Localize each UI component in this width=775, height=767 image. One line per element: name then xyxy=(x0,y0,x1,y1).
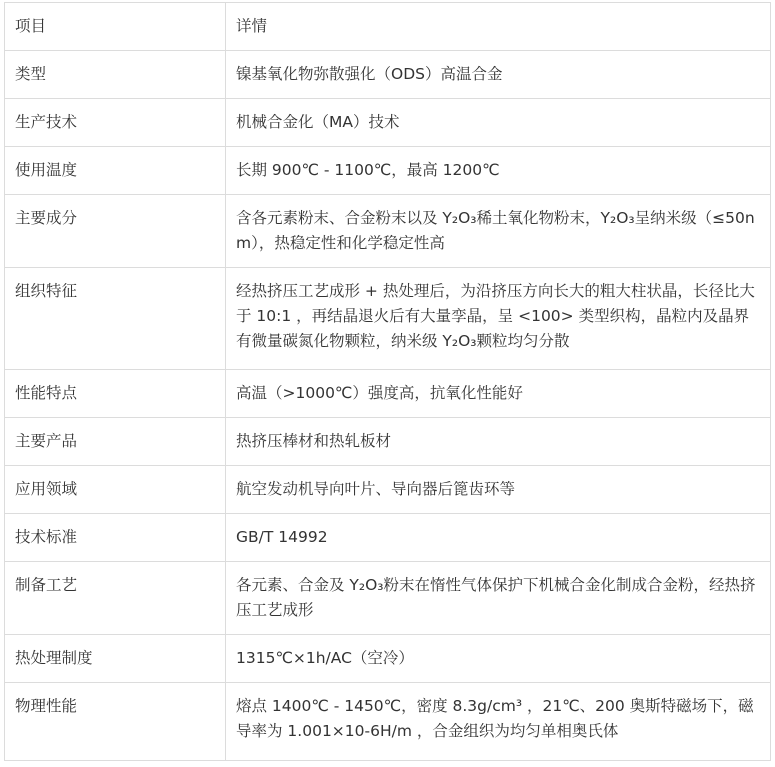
row-key-cell: 应用领域 xyxy=(5,466,226,514)
row-value-cell: 各元素、合金及 Y₂O₃粉末在惰性气体保护下机械合金化制成合金粉，经热挤压工艺成… xyxy=(226,562,771,635)
row-value-cell: 长期 900℃ - 1100℃，最高 1200℃ xyxy=(226,147,771,195)
row-value-cell: 热挤压棒材和热轧板材 xyxy=(226,418,771,466)
table-row-microstructure: 组织特征 经热挤压工艺成形 + 热处理后，为沿挤压方向长大的粗大柱状晶，长径比大… xyxy=(5,268,771,370)
row-value-cell: 机械合金化（MA）技术 xyxy=(226,99,771,147)
table-row-type: 类型 镍基氧化物弥散强化（ODS）高温合金 xyxy=(5,51,771,99)
row-key-cell: 主要产品 xyxy=(5,418,226,466)
row-value-cell: 航空发动机导向叶片、导向器后篦齿环等 xyxy=(226,466,771,514)
table-row-service-temperature: 使用温度 长期 900℃ - 1100℃，最高 1200℃ xyxy=(5,147,771,195)
row-value-cell: 含各元素粉末、合金粉末以及 Y₂O₃稀土氧化物粉末，Y₂O₃呈纳米级（≤50nm… xyxy=(226,195,771,268)
header-value-cell: 详情 xyxy=(226,3,771,51)
row-key-cell: 生产技术 xyxy=(5,99,226,147)
table-header-row: 项目 详情 xyxy=(5,3,771,51)
row-key-cell: 主要成分 xyxy=(5,195,226,268)
table-row-performance: 性能特点 高温（>1000℃）强度高，抗氧化性能好 xyxy=(5,370,771,418)
table-row-preparation-process: 制备工艺 各元素、合金及 Y₂O₃粉末在惰性气体保护下机械合金化制成合金粉，经热… xyxy=(5,562,771,635)
row-value-cell: 高温（>1000℃）强度高，抗氧化性能好 xyxy=(226,370,771,418)
row-key-cell: 性能特点 xyxy=(5,370,226,418)
row-key-cell: 组织特征 xyxy=(5,268,226,370)
row-value-cell: 1315℃×1h/AC（空冷） xyxy=(226,635,771,683)
alloy-spec-table: 项目 详情 类型 镍基氧化物弥散强化（ODS）高温合金 生产技术 机械合金化（M… xyxy=(4,2,771,761)
row-key-cell: 类型 xyxy=(5,51,226,99)
table-row-production-technology: 生产技术 机械合金化（MA）技术 xyxy=(5,99,771,147)
header-key-cell: 项目 xyxy=(5,3,226,51)
row-key-cell: 使用温度 xyxy=(5,147,226,195)
row-key-cell: 制备工艺 xyxy=(5,562,226,635)
row-key-cell: 物理性能 xyxy=(5,683,226,761)
table-row-main-composition: 主要成分 含各元素粉末、合金粉末以及 Y₂O₃稀土氧化物粉末，Y₂O₃呈纳米级（… xyxy=(5,195,771,268)
row-value-cell: 镍基氧化物弥散强化（ODS）高温合金 xyxy=(226,51,771,99)
row-value-cell: 熔点 1400℃ - 1450℃，密度 8.3g/cm³ ，21℃、200 奥斯… xyxy=(226,683,771,761)
table-row-technical-standard: 技术标准 GB/T 14992 xyxy=(5,514,771,562)
row-key-cell: 热处理制度 xyxy=(5,635,226,683)
row-value-cell: 经热挤压工艺成形 + 热处理后，为沿挤压方向长大的粗大柱状晶，长径比大于 10:… xyxy=(226,268,771,370)
row-key-cell: 技术标准 xyxy=(5,514,226,562)
table-row-heat-treatment: 热处理制度 1315℃×1h/AC（空冷） xyxy=(5,635,771,683)
row-value-cell: GB/T 14992 xyxy=(226,514,771,562)
table-row-physical-properties: 物理性能 熔点 1400℃ - 1450℃，密度 8.3g/cm³ ，21℃、2… xyxy=(5,683,771,761)
table-row-applications: 应用领域 航空发动机导向叶片、导向器后篦齿环等 xyxy=(5,466,771,514)
table-row-main-products: 主要产品 热挤压棒材和热轧板材 xyxy=(5,418,771,466)
